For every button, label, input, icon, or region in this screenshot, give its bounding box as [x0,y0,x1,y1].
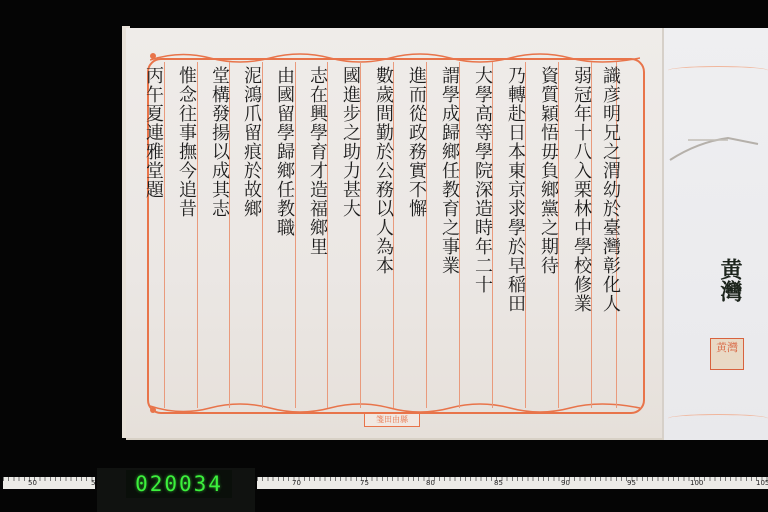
facing-page-ornament-bottom [668,414,768,423]
text-column: 丙午夏連雅堂題 [140,66,166,199]
ruler-label: 70 [292,479,301,487]
text-column: 資質穎悟毋負鄉黨之期待 [535,66,561,275]
ruler-label: 105 [756,479,768,487]
ruler-label: 5 [91,479,95,487]
ruler-label: 50 [28,479,37,487]
text-column: 惟念往事撫今追昔 [173,66,199,218]
text-column: 泥鴻爪留痕於故鄉 [238,66,264,218]
text-column: 弱冠年十八入栗林中學校修業 [568,66,594,313]
text-column: 進而從政務實不懈 [403,66,429,218]
ruler-left [3,477,95,489]
border-ornament-top [150,50,640,64]
ruler-label: 75 [360,479,369,487]
text-column: 國進步之助力甚大 [337,66,363,218]
text-column: 識彦明兄之渭幼於臺灣彰化人 [597,66,623,313]
text-column: 大學高等學院深造時年二十 [469,66,495,294]
ruler-label: 100 [690,479,703,487]
bleed-through-brushstroke [668,134,768,164]
page-fold [662,28,664,438]
ruler-label: 80 [426,479,435,487]
text-column: 由國留學歸鄉任教職 [271,66,297,237]
ruler-label: 85 [494,479,503,487]
red-seal: 黄灣 [710,338,744,370]
text-column: 志在興學育才造福鄉里 [304,66,330,256]
facing-page [664,28,768,440]
ruler-label: 90 [561,479,570,487]
facing-page-ornament-top [668,66,768,75]
ruler-label: 95 [627,479,636,487]
printer-stamp: 箋田由縣 [364,413,420,427]
text-column: 乃轉赴日本東京求學於早稲田 [502,66,528,313]
text-column: 數歲間勤於公務以人為本 [370,66,396,275]
text-column: 堂構發揚以成其志 [206,66,232,218]
frame-counter-display: 020034 [126,470,232,498]
text-column: 謂學成歸鄉任教育之事業 [436,66,462,275]
signature: 黄灣 [716,258,744,302]
